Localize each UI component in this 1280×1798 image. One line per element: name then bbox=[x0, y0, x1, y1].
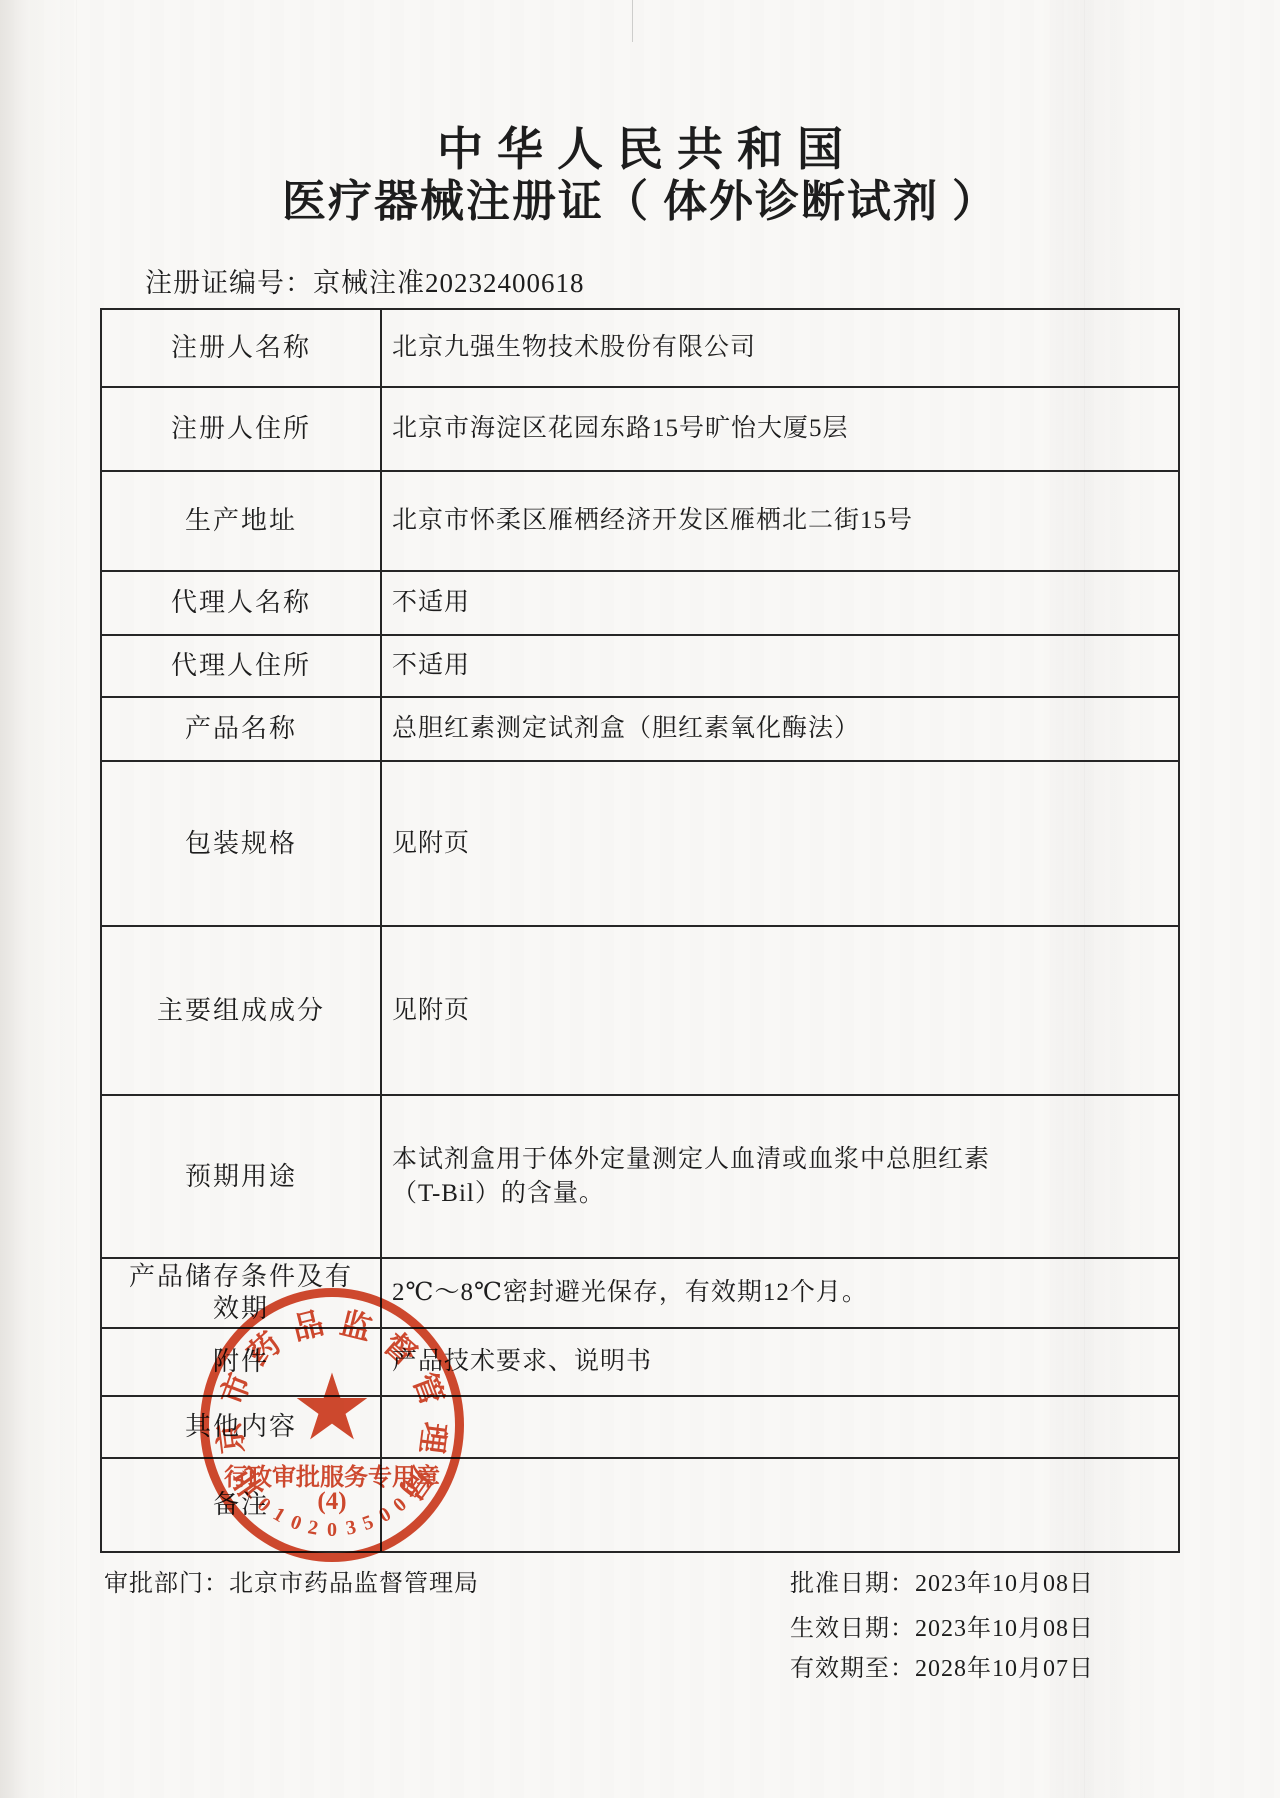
stamp: ★ 行政审批服务专用章 (4) 北京市药品监督管理局1101020350096 bbox=[200, 1288, 464, 1562]
approval-department-value: 北京市药品监督管理局 bbox=[229, 1571, 479, 1597]
field-label: 包装规格 bbox=[102, 762, 382, 925]
effective-date-value: 2023年10月08日 bbox=[915, 1616, 1094, 1642]
row-main-components: 主要组成成分 见附页 bbox=[102, 925, 1178, 1094]
field-value: 见附页 bbox=[382, 762, 1178, 925]
field-label: 代理人名称 bbox=[102, 572, 382, 634]
row-product-name: 产品名称 总胆红素测定试剂盒（胆红素氧化酶法） bbox=[102, 696, 1178, 760]
field-value bbox=[382, 1397, 1178, 1457]
registration-number-line: 注册证编号：京械注准20232400618 bbox=[145, 261, 585, 300]
stamp-ring-char: 理 bbox=[416, 1420, 451, 1455]
field-value bbox=[382, 1459, 1178, 1551]
field-value: 不适用 bbox=[382, 572, 1178, 634]
expiry-date-label: 有效期至： bbox=[790, 1656, 915, 1682]
expiry-date-value: 2028年10月07日 bbox=[915, 1656, 1094, 1682]
field-label: 注册人住所 bbox=[102, 388, 382, 470]
effective-date-label: 生效日期： bbox=[790, 1616, 915, 1642]
field-value: 产品技术要求、说明书 bbox=[382, 1329, 1178, 1395]
intended-use-line1: 本试剂盒用于体外定量测定人血清或血浆中总胆红素 bbox=[392, 1143, 990, 1177]
field-value: 总胆红素测定试剂盒（胆红素氧化酶法） bbox=[382, 698, 1178, 760]
effective-date-line: 生效日期：2023年10月08日 bbox=[790, 1608, 1094, 1643]
field-label: 主要组成成分 bbox=[102, 927, 382, 1094]
stamp-ring-char: 品 bbox=[289, 1307, 327, 1345]
row-registrant-name: 注册人名称 北京九强生物技术股份有限公司 bbox=[102, 310, 1178, 386]
field-value: 不适用 bbox=[382, 636, 1178, 696]
stamp-serial-char: 0 bbox=[327, 1520, 337, 1540]
expiry-date-line: 有效期至：2028年10月07日 bbox=[790, 1648, 1094, 1683]
registration-number-label: 注册证编号： bbox=[145, 268, 313, 298]
field-value: 北京市怀柔区雁栖经济开发区雁栖北二街15号 bbox=[382, 472, 1178, 570]
registration-number-value: 京械注准20232400618 bbox=[313, 268, 585, 298]
approve-date-label: 批准日期： bbox=[790, 1571, 915, 1597]
row-agent-address: 代理人住所 不适用 bbox=[102, 634, 1178, 696]
row-packaging-spec: 包装规格 见附页 bbox=[102, 760, 1178, 925]
approve-date-line: 批准日期：2023年10月08日 bbox=[790, 1563, 1094, 1598]
document-title-line2: 医疗器械注册证（ 体外诊断试剂 ） bbox=[0, 176, 1280, 228]
field-label: 生产地址 bbox=[102, 472, 382, 570]
approval-department-line: 审批部门：北京市药品监督管理局 bbox=[104, 1563, 479, 1598]
certificate-page: 中华人民共和国 医疗器械注册证（ 体外诊断试剂 ） 注册证编号：京械注准2023… bbox=[0, 0, 1280, 1798]
field-value: 北京九强生物技术股份有限公司 bbox=[382, 310, 1178, 386]
approval-department-label: 审批部门： bbox=[104, 1571, 229, 1597]
field-label: 产品名称 bbox=[102, 698, 382, 760]
row-agent-name: 代理人名称 不适用 bbox=[102, 570, 1178, 634]
intended-use-line2: （T-Bil）的含量。 bbox=[392, 1177, 990, 1211]
field-label: 预期用途 bbox=[102, 1096, 382, 1257]
scan-artifact-line bbox=[76, 0, 77, 1798]
row-production-address: 生产地址 北京市怀柔区雁栖经济开发区雁栖北二街15号 bbox=[102, 470, 1178, 570]
field-value: 见附页 bbox=[382, 927, 1178, 1094]
document-title-line1: 中华人民共和国 bbox=[0, 124, 1280, 176]
document-title: 中华人民共和国 医疗器械注册证（ 体外诊断试剂 ） bbox=[0, 124, 1280, 228]
field-value: 2℃～8℃密封避光保存，有效期12个月。 bbox=[382, 1259, 1178, 1327]
field-label: 代理人住所 bbox=[102, 636, 382, 696]
row-registrant-address: 注册人住所 北京市海淀区花园东路15号旷怡大厦5层 bbox=[102, 386, 1178, 470]
field-label: 注册人名称 bbox=[102, 310, 382, 386]
stamp-ring-char: 京 bbox=[213, 1420, 248, 1455]
field-value: 本试剂盒用于体外定量测定人血清或血浆中总胆红素 （T-Bil）的含量。 bbox=[382, 1096, 1178, 1257]
field-value: 北京市海淀区花园东路15号旷怡大厦5层 bbox=[382, 388, 1178, 470]
row-intended-use: 预期用途 本试剂盒用于体外定量测定人血清或血浆中总胆红素 （T-Bil）的含量。 bbox=[102, 1094, 1178, 1257]
scan-artifact-line bbox=[632, 0, 633, 42]
approve-date-value: 2023年10月08日 bbox=[915, 1571, 1094, 1597]
